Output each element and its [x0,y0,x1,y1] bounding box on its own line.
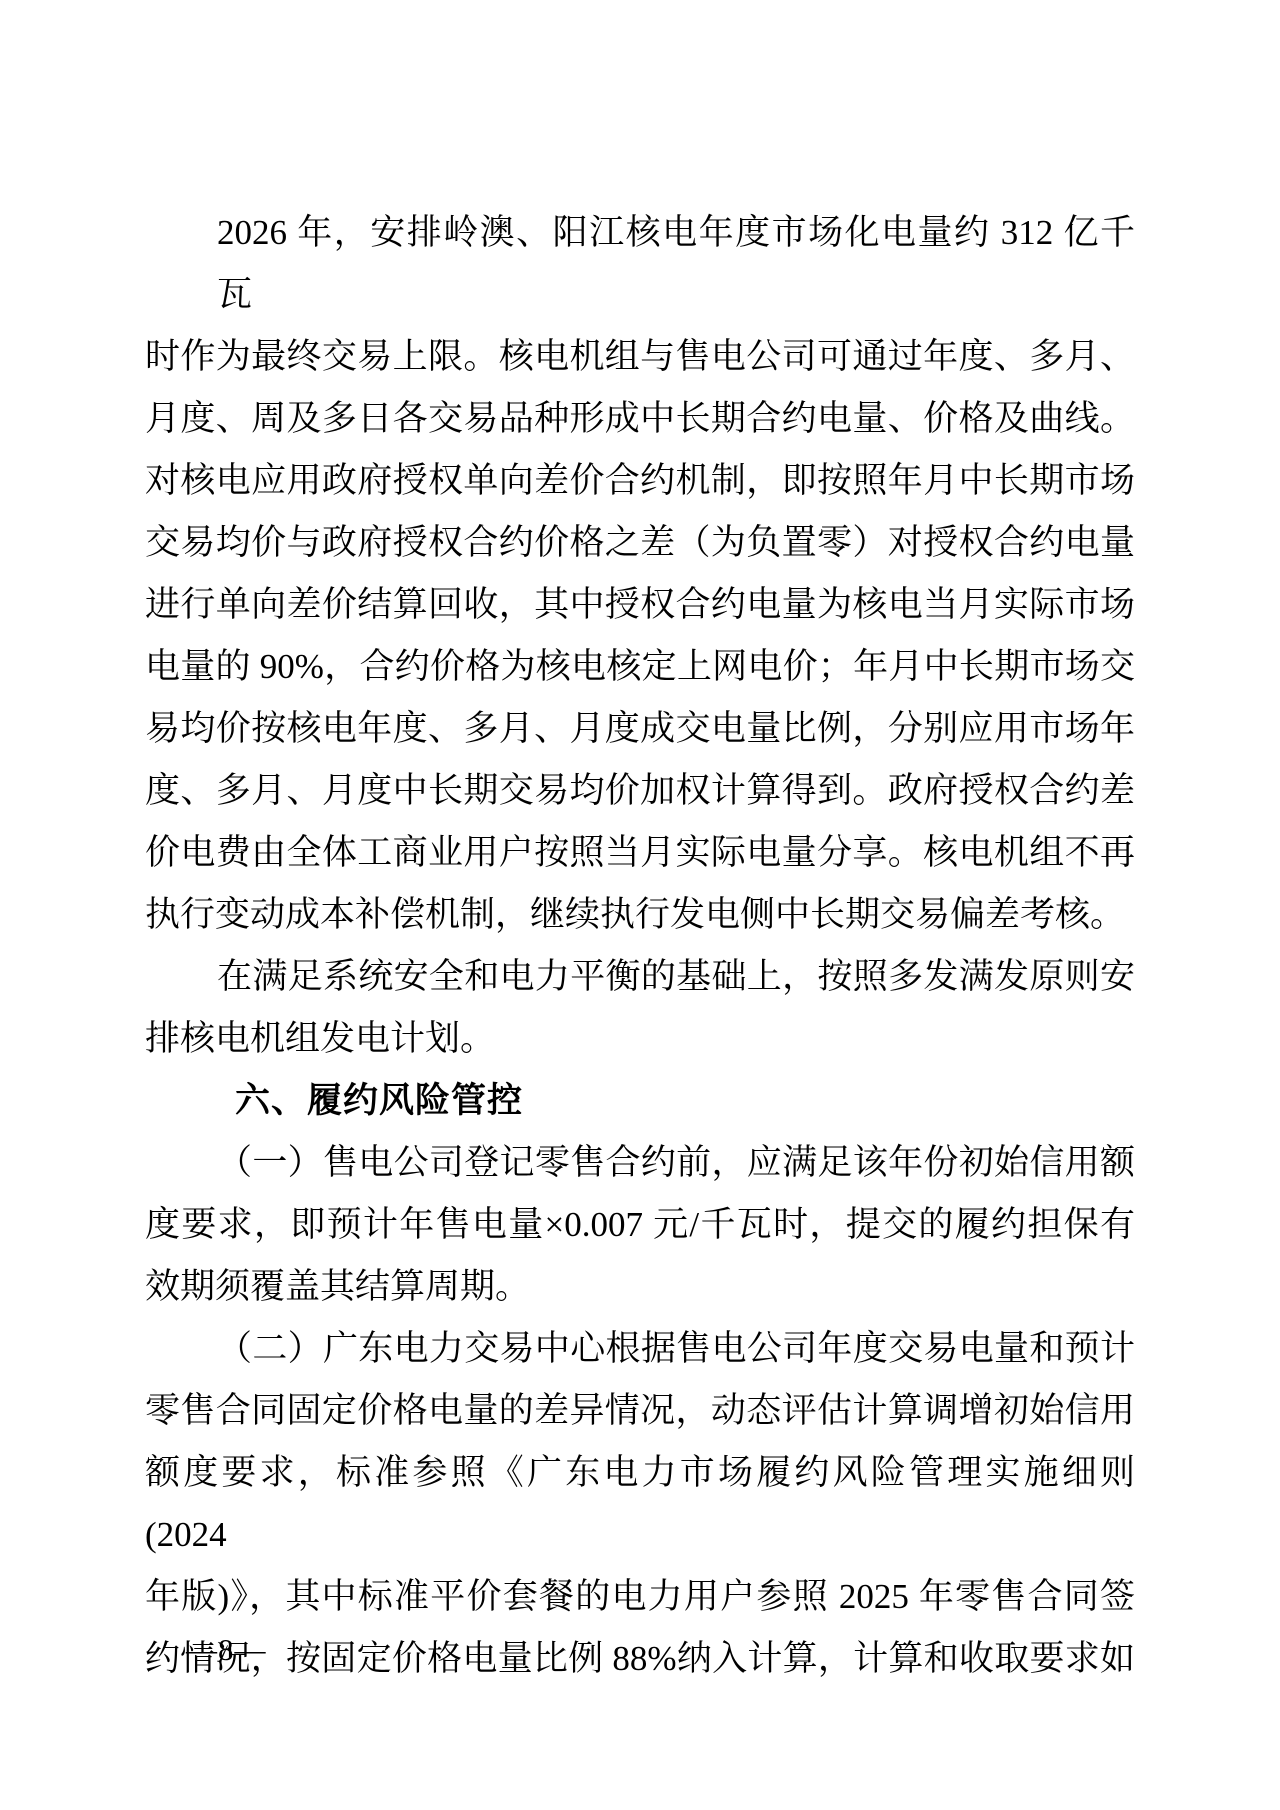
text-line: 度、多月、月度中长期交易均价加权计算得到。政府授权合约差 [145,760,1135,822]
text-line: 2026 年，安排岭澳、阳江核电年度市场化电量约 312 亿千瓦 [145,202,1135,326]
heading-text-line: 六、履约风险管控 [145,1070,1135,1132]
text-line: 效期须覆盖其结算周期。 [145,1256,1135,1318]
section-heading: 六、履约风险管控 [145,1070,1135,1132]
paragraph: （一）售电公司登记零售合约前，应满足该年份初始信用额度要求，即预计年售电量×0.… [145,1132,1135,1318]
text-line: 执行变动成本补偿机制，继续执行发电侧中长期交易偏差考核。 [145,884,1135,946]
text-line: 约情况，按固定价格电量比例 88%纳入计算，计算和收取要求如 [145,1628,1135,1690]
text-line: （一）售电公司登记零售合约前，应满足该年份初始信用额 [145,1132,1135,1194]
paragraph: 在满足系统安全和电力平衡的基础上，按照多发满发原则安排核电机组发电计划。 [145,946,1135,1070]
text-line: 度要求，即预计年售电量×0.007 元/千瓦时，提交的履约担保有 [145,1194,1135,1256]
paragraph: 2026 年，安排岭澳、阳江核电年度市场化电量约 312 亿千瓦时作为最终交易上… [145,202,1135,946]
text-line: 价电费由全体工商业用户按照当月实际电量分享。核电机组不再 [145,822,1135,884]
text-line: 额度要求，标准参照《广东电力市场履约风险管理实施细则(2024 [145,1442,1135,1566]
document-page: 2026 年，安排岭澳、阳江核电年度市场化电量约 312 亿千瓦时作为最终交易上… [0,0,1280,1810]
text-line: 排核电机组发电计划。 [145,1008,1135,1070]
document-body: 2026 年，安排岭澳、阳江核电年度市场化电量约 312 亿千瓦时作为最终交易上… [145,202,1135,1690]
text-line: 交易均价与政府授权合约价格之差（为负置零）对授权合约电量 [145,512,1135,574]
text-line: 年版)》，其中标准平价套餐的电力用户参照 2025 年零售合同签 [145,1566,1135,1628]
text-line: 电量的 90%，合约价格为核电核定上网电价；年月中长期市场交 [145,636,1135,698]
text-line: 易均价按核电年度、多月、月度成交电量比例，分别应用市场年 [145,698,1135,760]
text-line: 进行单向差价结算回收，其中授权合约电量为核电当月实际市场 [145,574,1135,636]
text-line: 对核电应用政府授权单向差价合约机制，即按照年月中长期市场 [145,450,1135,512]
text-line: （二）广东电力交易中心根据售电公司年度交易电量和预计 [145,1318,1135,1380]
page-number: —8— [186,1628,267,1672]
paragraph: （二）广东电力交易中心根据售电公司年度交易电量和预计零售合同固定价格电量的差异情… [145,1318,1135,1690]
text-line: 月度、周及多日各交易品种形成中长期合约电量、价格及曲线。 [145,388,1135,450]
text-line: 在满足系统安全和电力平衡的基础上，按照多发满发原则安 [145,946,1135,1008]
text-line: 零售合同固定价格电量的差异情况，动态评估计算调增初始信用 [145,1380,1135,1442]
text-line: 时作为最终交易上限。核电机组与售电公司可通过年度、多月、 [145,326,1135,388]
